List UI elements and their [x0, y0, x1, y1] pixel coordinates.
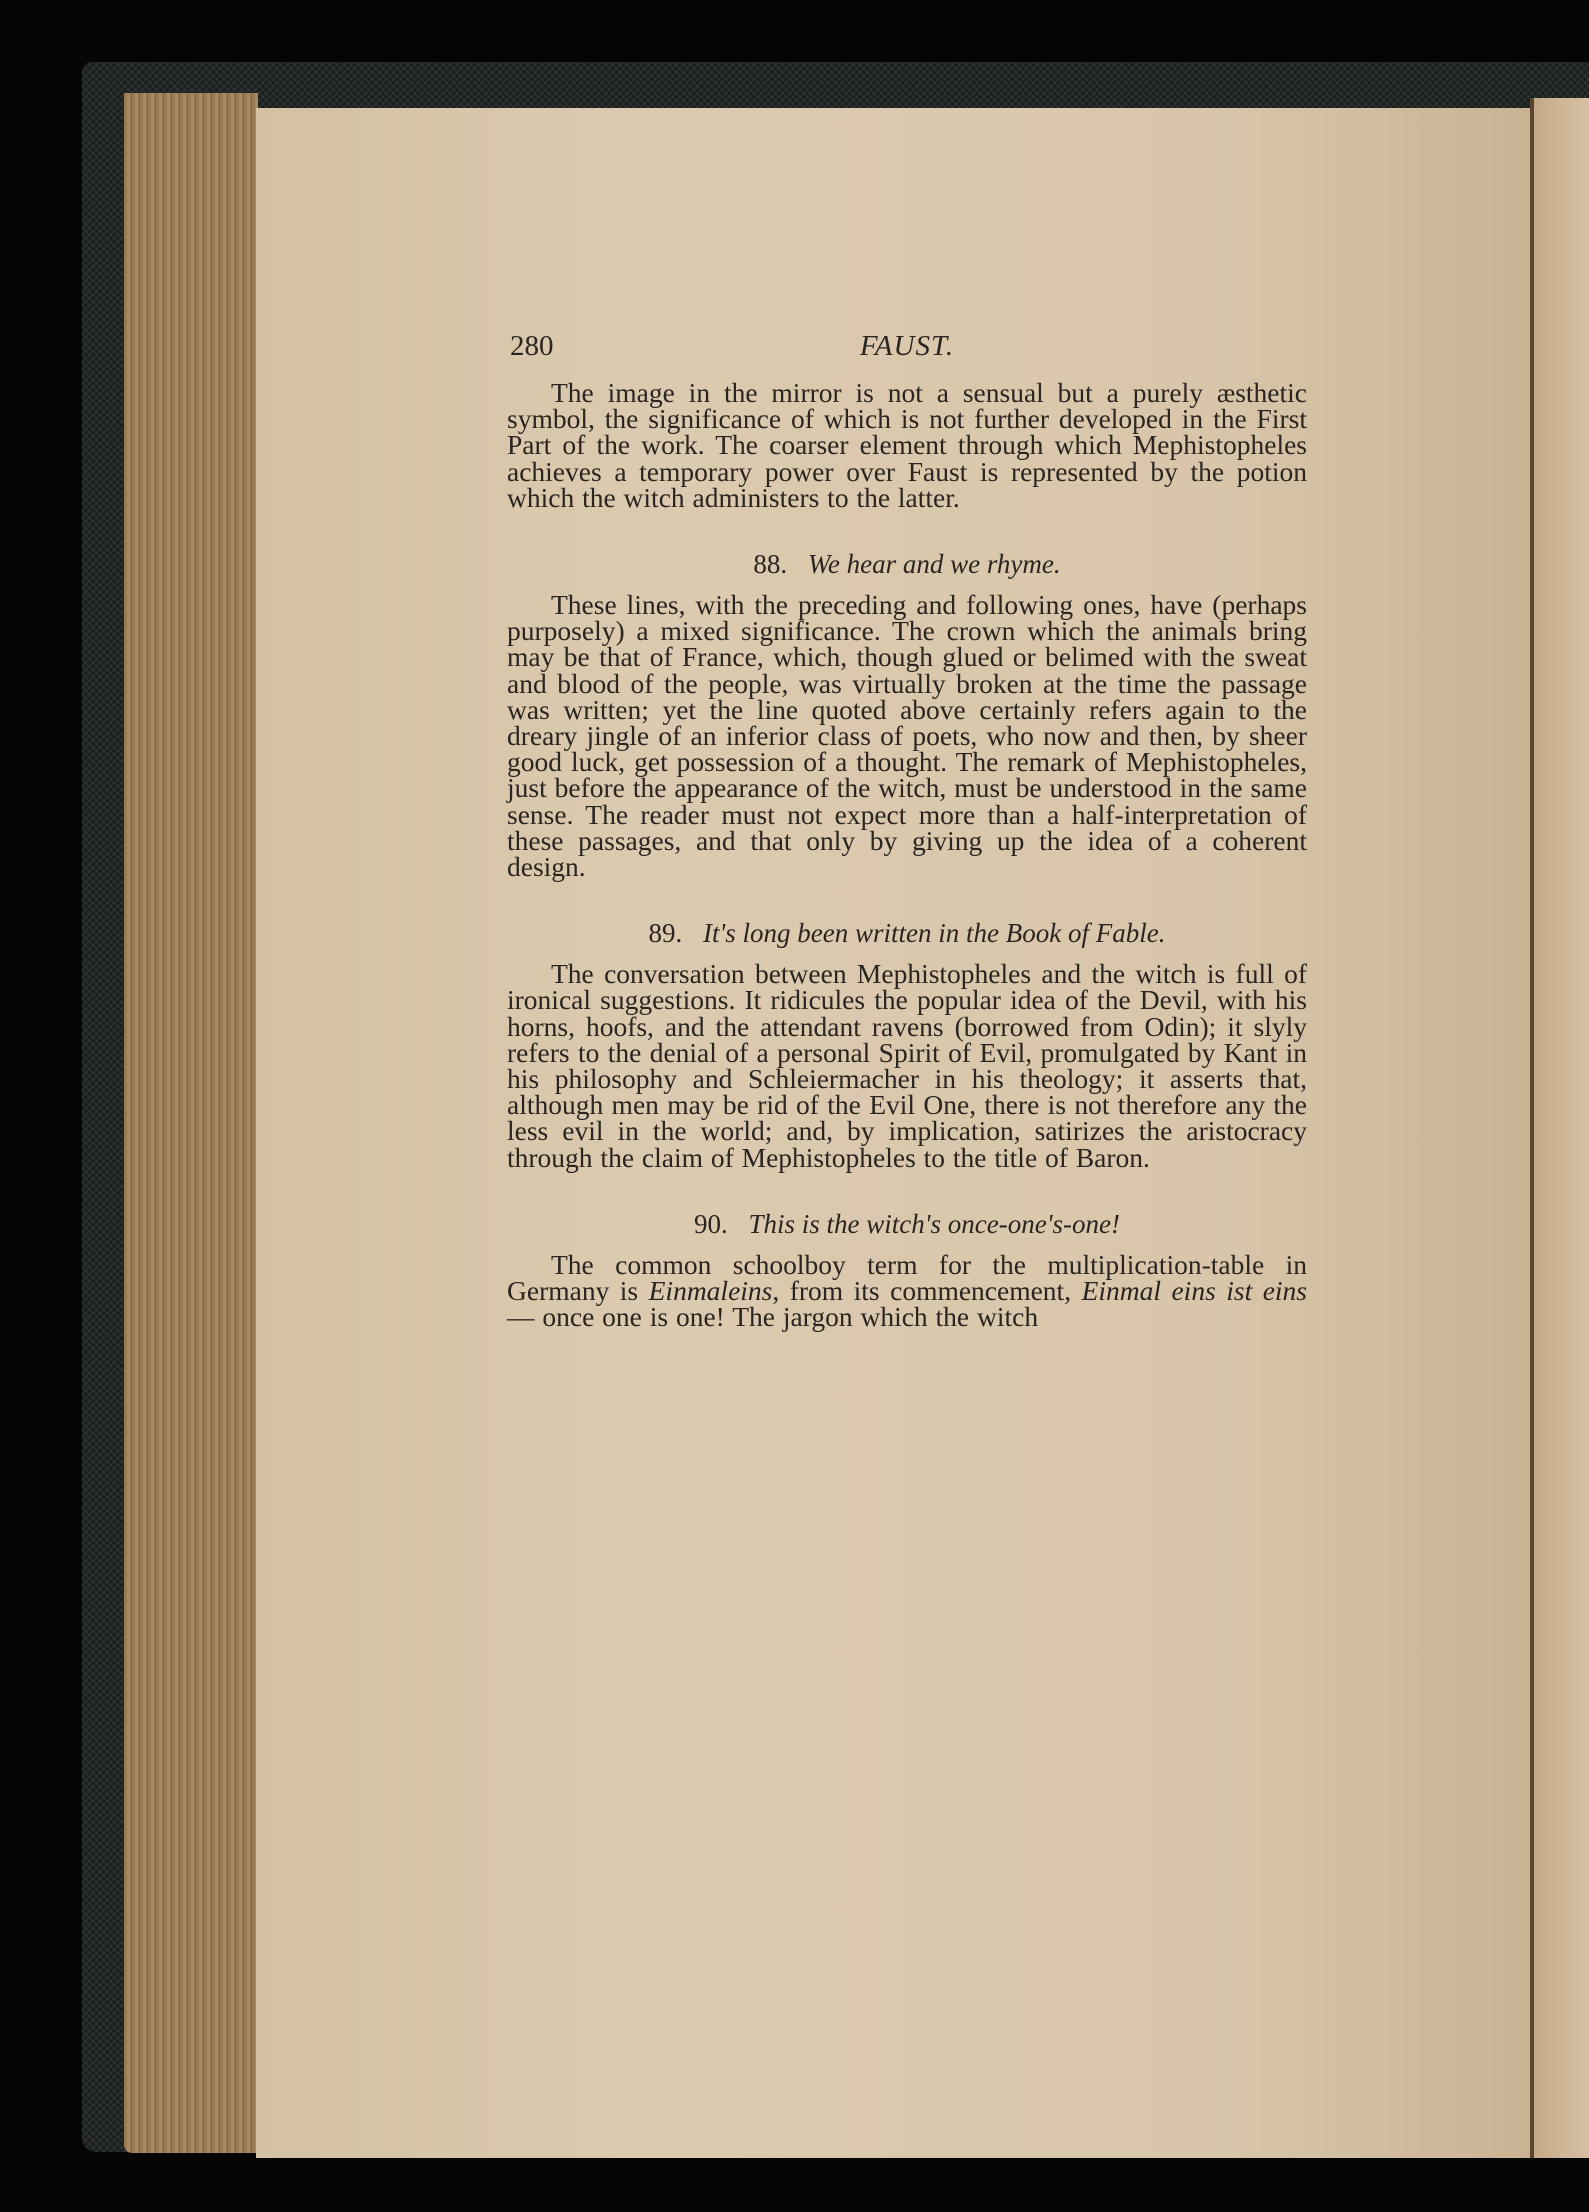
note-heading-88: 88. We hear and we rhyme.: [507, 549, 1307, 580]
note-quote: This is the witch's once-one's-one!: [749, 1209, 1121, 1239]
note-number: 90.: [694, 1209, 728, 1239]
note-quote: It's long been written in the Book of Fa…: [703, 918, 1165, 948]
note-paragraph-89: The conversation between Mephistopheles …: [507, 961, 1307, 1171]
note-quote: We hear and we rhyme.: [808, 549, 1061, 579]
page-content: 280 FAUST. The image in the mirror is no…: [507, 330, 1307, 1330]
note-number: 88.: [753, 549, 787, 579]
note-heading-89: 89. It's long been written in the Book o…: [507, 918, 1307, 949]
facing-page-edge: [1534, 98, 1589, 2158]
german-phrase: Einmal eins ist eins: [1082, 1275, 1307, 1306]
text-run: — once one is one! The jargon which the …: [507, 1301, 1038, 1332]
note-paragraph-88: These lines, with the preceding and foll…: [507, 592, 1307, 880]
page-edges: [124, 93, 258, 2153]
intro-paragraph: The image in the mirror is not a sensual…: [507, 380, 1307, 511]
note-number: 89.: [649, 918, 683, 948]
running-title: FAUST.: [507, 330, 1307, 363]
note-paragraph-90: The common schoolboy term for the multip…: [507, 1252, 1307, 1331]
running-head: 280 FAUST.: [507, 330, 1307, 380]
note-heading-90: 90. This is the witch's once-one's-one!: [507, 1209, 1307, 1240]
